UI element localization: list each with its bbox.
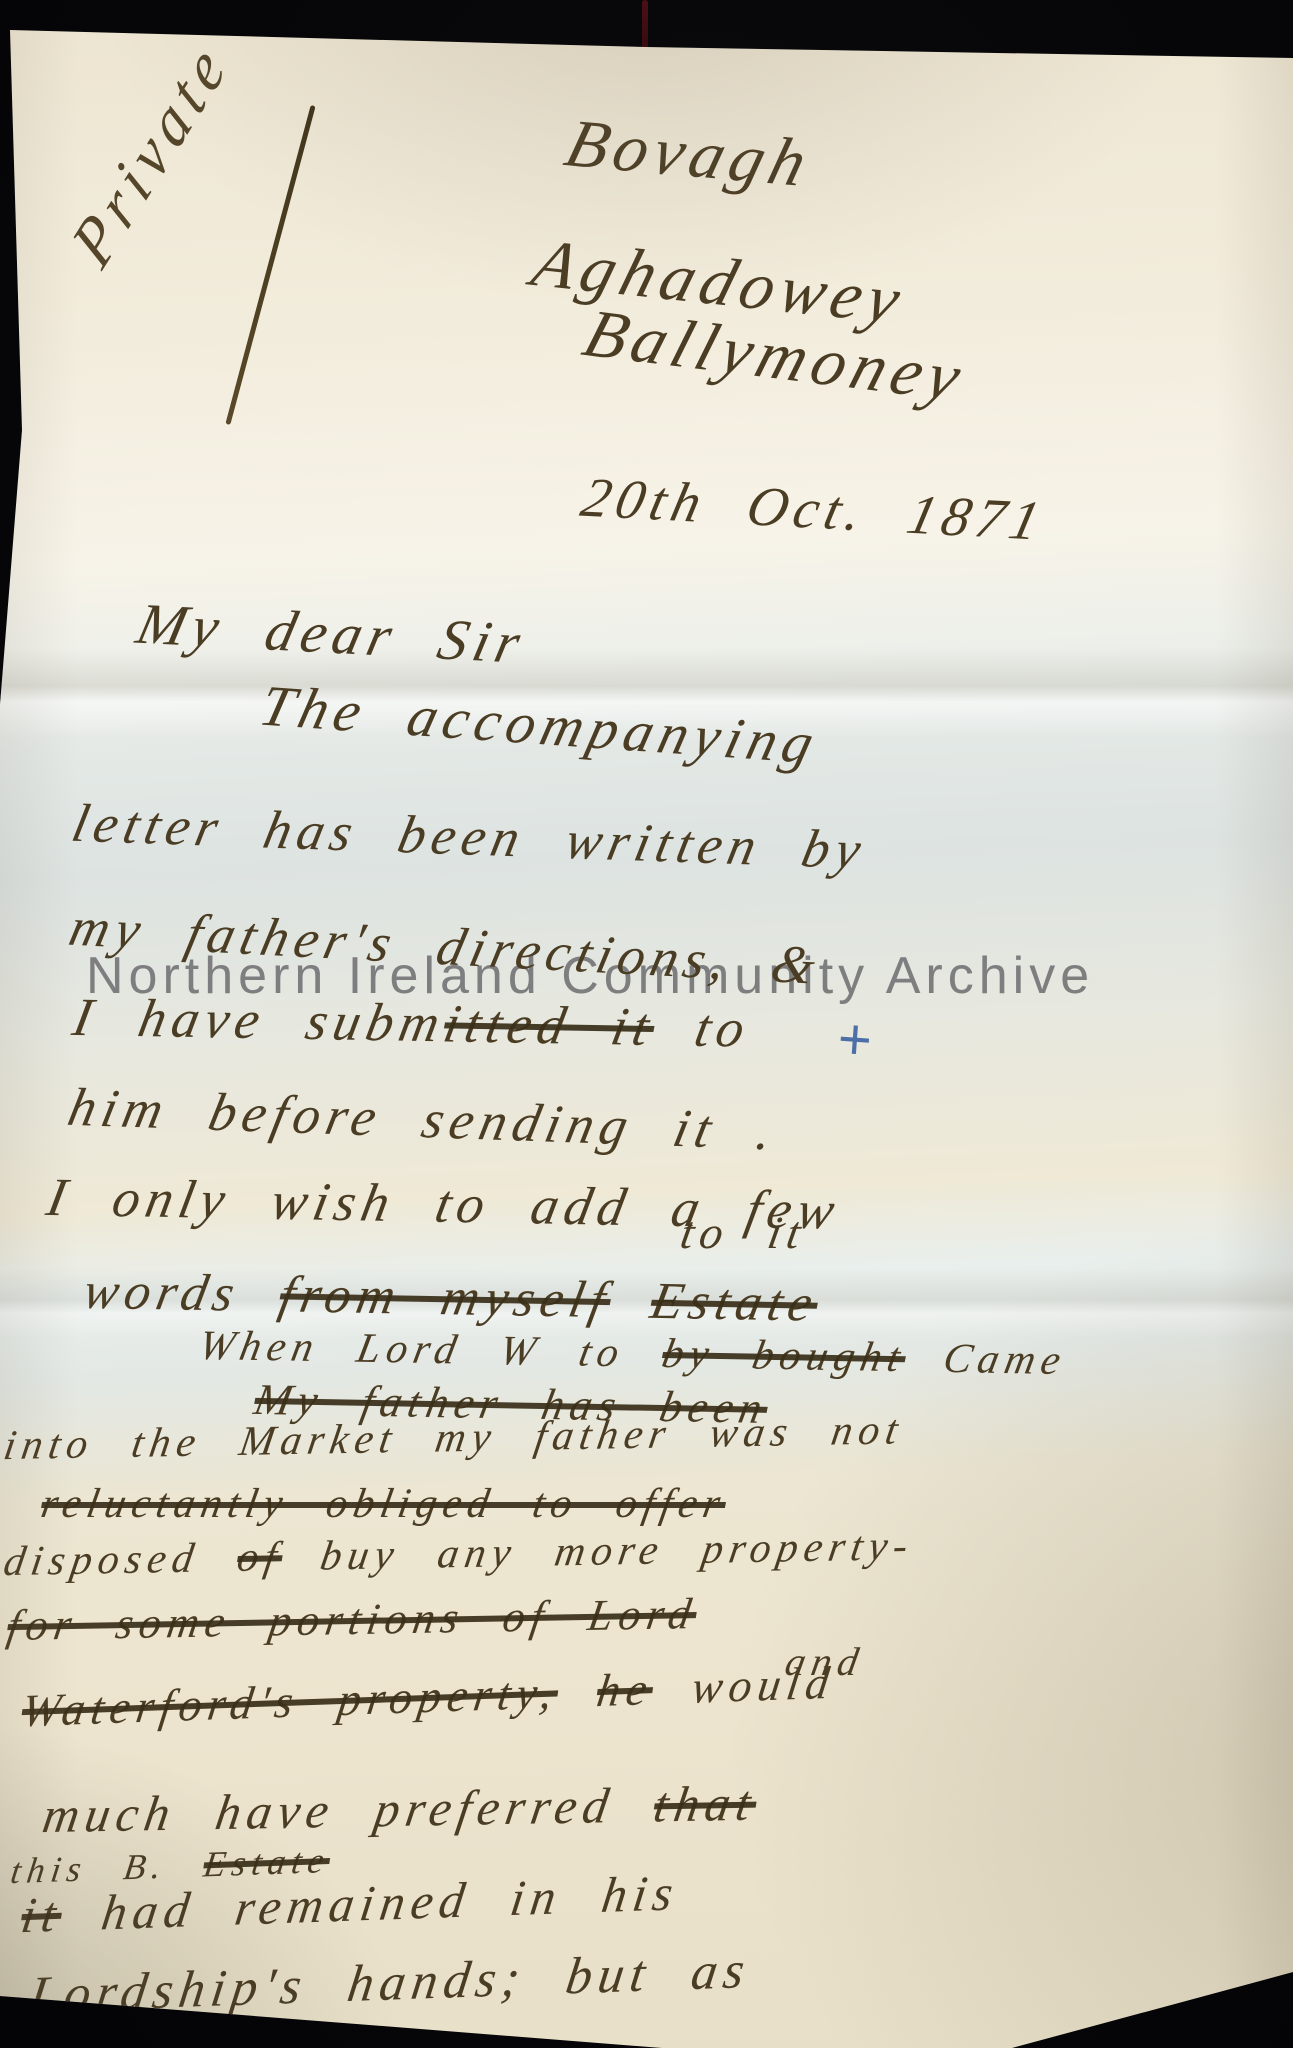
text-segment: Bovagh (558, 105, 821, 201)
archive-photo-background: Private Northern Ireland Community Archi… (0, 0, 1293, 2048)
struck-text-segment: he (594, 1663, 657, 1716)
struck-text-segment: Estate (646, 1273, 823, 1333)
text-segment: I have subm (68, 987, 451, 1053)
handwriting-body-line-5: him before sending it . (63, 1076, 784, 1162)
handwriting-body-line-11: reluctantly obliged to offer (38, 1480, 730, 1528)
handwriting-body-line-1: The accompanying (254, 672, 827, 777)
handwriting-body-line-4: I have submitted it to (68, 986, 756, 1060)
text-segment: Lordship's hands; but as (26, 1942, 754, 2024)
handwriting-body-line-14: Waterford's property, he would (19, 1656, 839, 1738)
struck-text-segment: for some portions of Lord (4, 1589, 700, 1650)
text-segment: 20th Oct. 1871 (576, 467, 1052, 553)
text-segment: My dear Sir (131, 591, 532, 676)
private-label: Private (59, 25, 242, 280)
handwriting-body-line-15: much have preferred that (39, 1774, 761, 1845)
text-segment: Came (901, 1335, 1070, 1384)
struck-text-segment: by bought (658, 1331, 910, 1381)
struck-text-segment: of (234, 1534, 286, 1581)
text-segment: letter has been written by (67, 793, 872, 880)
text-segment: him before sending it . (63, 1077, 784, 1161)
text-segment: disposed (1, 1535, 242, 1585)
text-segment: into the Market my father was not (1, 1407, 907, 1469)
letter-paper: Private Northern Ireland Community Archi… (0, 0, 1293, 2048)
text-segment: to (649, 997, 756, 1058)
text-segment: buy any more property- (279, 1523, 917, 1580)
handwriting-body-line-10: into the Market my father was not (0, 1406, 907, 1470)
struck-text-segment: itted it (439, 993, 660, 1056)
handwriting-heading-place-1: Bovagh (557, 104, 821, 203)
handwriting-heading-date: 20th Oct. 1871 (575, 466, 1051, 554)
blue-insert-mark: + (836, 1005, 874, 1074)
text-segment: When Lord W to (195, 1323, 667, 1377)
struck-text-segment: reluctantly obliged to offer (38, 1481, 730, 1527)
text-segment: would (649, 1657, 838, 1715)
struck-text-segment: that (650, 1775, 761, 1833)
text-segment: words (79, 1263, 286, 1323)
private-underline-stroke (225, 105, 315, 425)
text-segment: much have preferred (39, 1776, 659, 1843)
struck-text-segment: from myself (275, 1266, 616, 1329)
handwriting-body-line-7: words from myself Estate (79, 1262, 824, 1334)
handwriting-body-line-2: letter has been written by (67, 792, 872, 881)
struck-text-segment: Waterford's property, (19, 1666, 562, 1736)
text-segment: to it (677, 1207, 811, 1258)
text-segment: The accompanying (254, 673, 826, 776)
handwriting-insert-to-it: to it (677, 1206, 811, 1259)
handwriting-body-line-12: disposed of buy any more property- (0, 1522, 917, 1586)
private-annotation: Private (58, 25, 243, 283)
handwriting-salutation: My dear Sir (131, 590, 533, 677)
handwriting-body-line-13: for some portions of Lord (4, 1588, 701, 1651)
handwriting-body-line-18: Lordship's hands; but as (26, 1941, 754, 2025)
